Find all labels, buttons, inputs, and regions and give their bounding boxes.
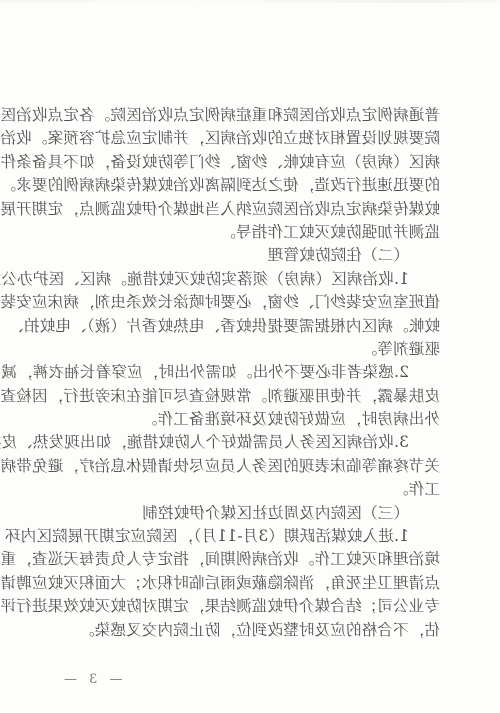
section-heading-hospital-community-aedes-control: （三）医院内及周边社区媒介伊蚊控制 <box>67 502 440 525</box>
numbered-item-line: 1.进入蚊媒活跃期（3月-11月），医院应定期开展院区内环 <box>67 525 440 548</box>
numbered-item-line: 估，不合格的应及时整改到位，防止院内交叉感染。 <box>67 619 440 642</box>
numbered-item-line: 外出病房时，应做好防蚊及环境准备工作。 <box>67 408 440 431</box>
numbered-item-line: 境治理和灭蚊工作。收治病例期间，指定专人负责每天巡查，重 <box>67 548 440 571</box>
numbered-item-line: 2.感染者非必要不外出。如需外出时，应穿着长袖衣裤，减少 <box>67 361 440 384</box>
body-line: 普通病例定点收治医院和重症病例定点收治医院。各定点收治医 <box>67 104 440 127</box>
body-line: 病区（病房）应有蚊帐、纱窗、纱门等防蚊设备，如不具备条件 <box>67 151 440 174</box>
numbered-item-line: 1.收治病区（病房）须落实防蚊灭蚊措施。病区、医护办公室、 <box>67 268 440 291</box>
body-line: 监测并加强防蚊灭蚊工作指导。 <box>67 221 440 244</box>
numbered-item-line: 值班室应安装纱门、纱窗，必要时喷涂长效杀虫剂，病床应安装 <box>67 291 440 314</box>
body-line: 蚊媒传染病定点收治医院应纳入当地媒介伊蚊监测点，定期开展 <box>67 198 440 221</box>
numbered-item-line: 点清理卫生死角，消除隐蔽或雨后临时积水；大面积灭蚊应聘请 <box>67 572 440 595</box>
numbered-item-line: 皮肤暴露，并使用驱避剂。常规检查尽可能在床旁进行，因检查 <box>67 385 440 408</box>
page-number: — 3 — <box>60 672 123 687</box>
numbered-item-line: 驱避剂等。 <box>67 338 440 361</box>
section-heading-inpatient-mosquito-control: （二）住院防蚊管理 <box>67 244 440 267</box>
numbered-item-line: 蚊帐。病区内根据需要提供蚊香、电热蚊香片（液）、电蚊拍、 <box>67 315 440 338</box>
numbered-item-line: 工作。 <box>67 478 440 501</box>
numbered-item-line: 关节疼痛等临床表现的医务人员应尽快请假休息治疗，避免带病 <box>67 455 440 478</box>
document-page: 普通病例定点收治医院和重症病例定点收治医院。各定点收治医 院要规划设置相对独立的… <box>0 0 500 713</box>
numbered-item-line: 专业公司；结合媒介伊蚊监测结果，定期对防蚊灭蚊效果进行评 <box>67 595 440 618</box>
body-line: 院要规划设置相对独立的收治病区，并制定应急扩容预案。收治 <box>67 127 440 150</box>
document-body: 普通病例定点收治医院和重症病例定点收治医院。各定点收治医 院要规划设置相对独立的… <box>67 104 440 642</box>
body-line: 的要迅速进行改造，使之达到隔离收治蚊媒传染病病例的要求。 <box>67 174 440 197</box>
numbered-item-line: 3.收治病区医务人员需做好个人防蚊措施，如出现发热、皮疹、 <box>67 431 440 454</box>
